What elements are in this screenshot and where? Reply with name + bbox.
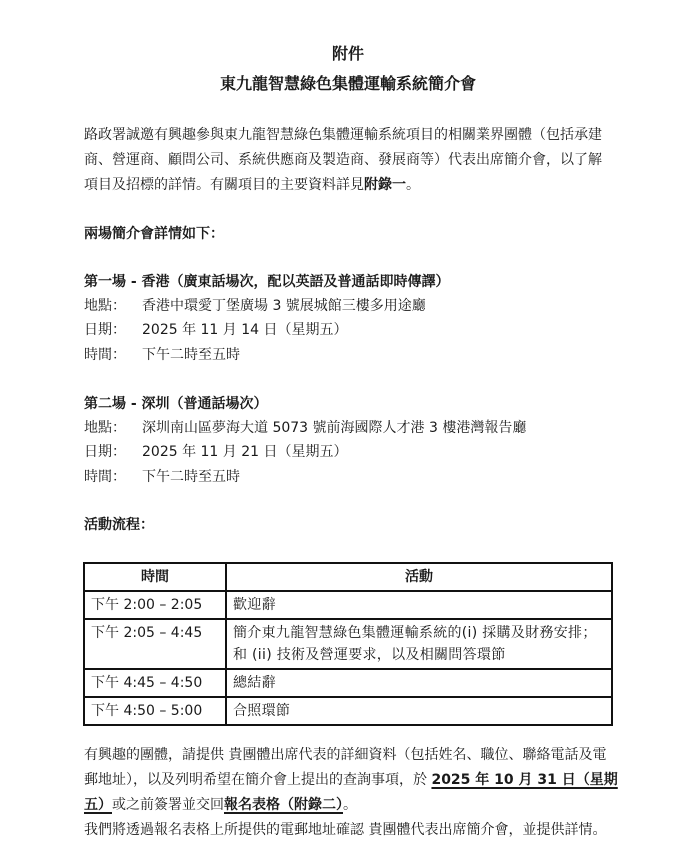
date-label: 日期： bbox=[84, 320, 142, 340]
table-row: 下午 4:50 – 5:00 合照環節 bbox=[84, 697, 612, 725]
agenda-table: 時間 活動 下午 2:00 – 2:05 歡迎辭 下午 2:05 – 4:45 … bbox=[83, 562, 613, 726]
intro-line-3-text: 項目及招標的詳情。有關項目的主要資料詳見 bbox=[84, 177, 364, 193]
session-2-time: 時間：下午二時至五時 bbox=[84, 467, 624, 487]
row-time: 下午 4:50 – 5:00 bbox=[84, 697, 226, 725]
time-label: 時間： bbox=[84, 345, 142, 365]
registration-line-3-end: 。 bbox=[343, 797, 357, 813]
date-label: 日期： bbox=[84, 442, 142, 462]
session-1-date: 日期：2025 年 11 月 14 日（星期五） bbox=[84, 320, 624, 340]
row-activity: 歡迎辭 bbox=[226, 591, 612, 619]
column-header-time: 時間 bbox=[84, 563, 226, 591]
time-value: 下午二時至五時 bbox=[142, 469, 240, 485]
deadline-date: 2025 年 10 月 31 日（星期 bbox=[431, 772, 617, 788]
time-label: 時間： bbox=[84, 467, 142, 487]
annex-label: 附件 bbox=[0, 44, 696, 64]
time-value: 下午二時至五時 bbox=[142, 347, 240, 363]
agenda-header-row: 時間 活動 bbox=[84, 563, 612, 591]
session-1-venue: 地點：香港中環愛丁堡廣場 3 號展城館三樓多用途廳 bbox=[84, 296, 624, 316]
page-title: 東九龍智慧綠色集體運輸系統簡介會 bbox=[0, 74, 696, 94]
registration-line-3: 五）或之前簽署並交回報名表格（附錄二）。 bbox=[84, 795, 624, 815]
session-2-heading: 第二場 - 深圳（普通話場次） bbox=[84, 394, 624, 414]
row-time: 下午 2:00 – 2:05 bbox=[84, 591, 226, 619]
venue-value: 香港中環愛丁堡廣場 3 號展城館三樓多用途廳 bbox=[142, 298, 426, 314]
row-time: 下午 2:05 – 4:45 bbox=[84, 619, 226, 669]
row-activity: 合照環節 bbox=[226, 697, 612, 725]
venue-label: 地點： bbox=[84, 296, 142, 316]
table-row: 下午 2:05 – 4:45 簡介東九龍智慧綠色集體運輸系統的(i) 採購及財務… bbox=[84, 619, 612, 669]
sessions-heading: 兩場簡介會詳情如下： bbox=[84, 224, 624, 244]
row-activity: 總結辭 bbox=[226, 669, 612, 697]
registration-line-2-text: 郵地址），以及列明希望在簡介會上提出的查詢事項，於 bbox=[84, 772, 431, 788]
venue-label: 地點： bbox=[84, 418, 142, 438]
intro-line-1: 路政署誠邀有興趣參與東九龍智慧綠色集體運輸系統項目的相關業界團體（包括承建 bbox=[84, 125, 624, 145]
appendix-one-reference: 附錄一 bbox=[364, 177, 406, 193]
session-2-date: 日期：2025 年 11 月 21 日（星期五） bbox=[84, 442, 624, 462]
registration-line-1: 有興趣的團體，請提供 貴團體出席代表的詳細資料（包括姓名、職位、聯絡電話及電 bbox=[84, 745, 624, 765]
registration-line-3-text: 或之前簽署並交回 bbox=[112, 797, 224, 813]
row-activity: 簡介東九龍智慧綠色集體運輸系統的(i) 採購及財務安排；和 (ii) 技術及營運… bbox=[226, 619, 612, 669]
intro-line-3-end: 。 bbox=[406, 177, 420, 193]
date-value: 2025 年 11 月 21 日（星期五） bbox=[142, 444, 348, 460]
registration-line-4: 我們將透過報名表格上所提供的電郵地址確認 貴團體代表出席簡介會，並提供詳情。 bbox=[84, 820, 624, 840]
intro-line-3: 項目及招標的詳情。有關項目的主要資料詳見附錄一。 bbox=[84, 175, 624, 195]
deadline-date-cont: 五） bbox=[84, 797, 112, 813]
session-2-venue: 地點：深圳南山區夢海大道 5073 號前海國際人才港 3 樓港灣報告廳 bbox=[84, 418, 624, 438]
registration-form-reference: 報名表格（附錄二） bbox=[224, 797, 343, 813]
session-1-heading: 第一場 - 香港（廣東話場次，配以英語及普通話即時傳譯） bbox=[84, 272, 624, 292]
table-row: 下午 4:45 – 4:50 總結辭 bbox=[84, 669, 612, 697]
registration-line-2: 郵地址），以及列明希望在簡介會上提出的查詢事項，於 2025 年 10 月 31… bbox=[84, 770, 624, 790]
session-1-time: 時間：下午二時至五時 bbox=[84, 345, 624, 365]
table-row: 下午 2:00 – 2:05 歡迎辭 bbox=[84, 591, 612, 619]
agenda-heading: 活動流程： bbox=[84, 515, 624, 535]
column-header-activity: 活動 bbox=[226, 563, 612, 591]
intro-line-2: 商、營運商、顧問公司、系統供應商及製造商、發展商等）代表出席簡介會，以了解 bbox=[84, 150, 624, 170]
date-value: 2025 年 11 月 14 日（星期五） bbox=[142, 322, 348, 338]
row-time: 下午 4:45 – 4:50 bbox=[84, 669, 226, 697]
venue-value: 深圳南山區夢海大道 5073 號前海國際人才港 3 樓港灣報告廳 bbox=[142, 420, 526, 436]
